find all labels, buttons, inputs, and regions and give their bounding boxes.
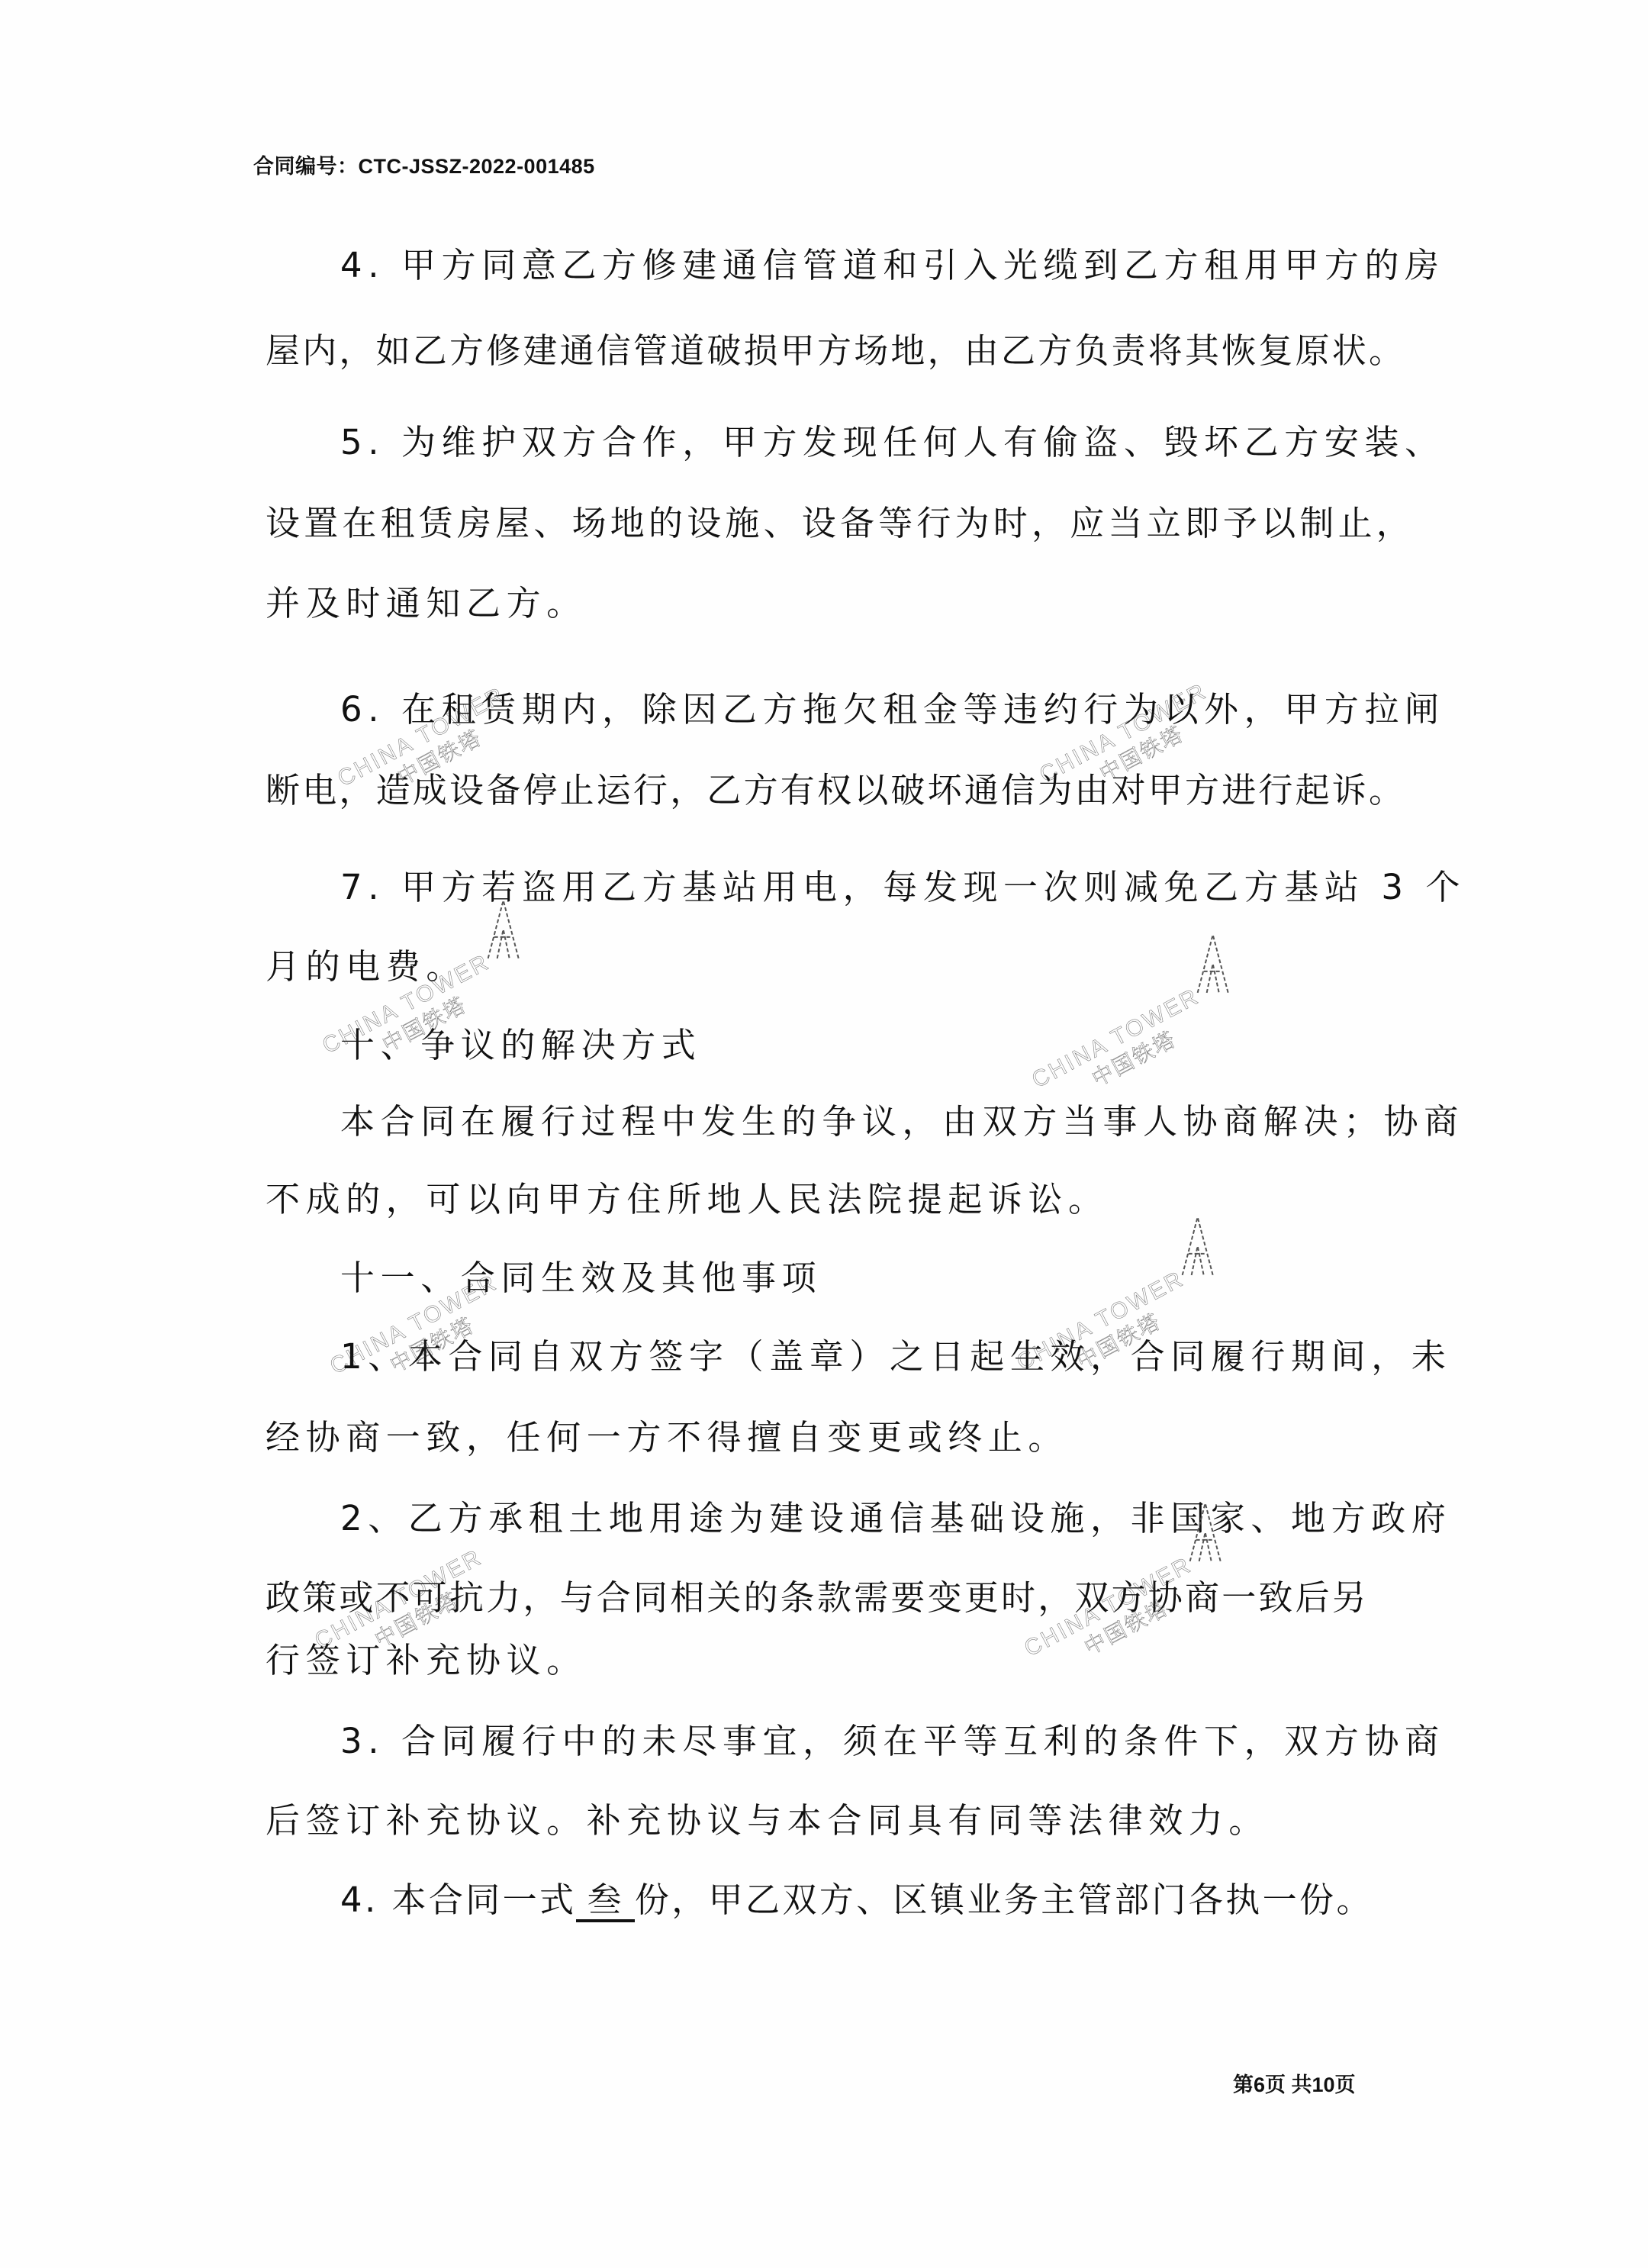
china-tower-logo-icon — [1190, 933, 1236, 994]
clause-4-line-2: 屋内，如乙方修建通信管道破损甲方场地，由乙方负责将其恢复原状。 — [266, 328, 1405, 374]
china-tower-logo-icon — [1175, 1216, 1221, 1277]
section-11-item-3-line-1: 3. 合同履行中的未尽事宜，须在平等互利的条件下，双方协商 — [340, 1719, 1445, 1764]
clause-4-line-1: 4. 甲方同意乙方修建通信管道和引入光缆到乙方租用甲方的房 — [340, 243, 1445, 288]
document-page: 合同编号：CTC-JSSZ-2022-001485 4. 甲方同意乙方修建通信管… — [0, 0, 1648, 2268]
section-10-line-2: 不成的，可以向甲方住所地人民法院提起诉讼。 — [266, 1177, 1109, 1223]
copies-prefix: 4. 本合同一式 — [340, 1880, 576, 1920]
clause-7-line-1: 7. 甲方若盗用乙方基站用电，每发现一次则减免乙方基站 3 个 — [340, 865, 1466, 910]
section-11-item-1-line-1: 1、本合同自双方签字（盖章）之日起生效，合同履行期间，未 — [340, 1334, 1451, 1380]
contract-number-value: CTC-JSSZ-2022-001485 — [359, 155, 595, 178]
section-11-heading: 十一、合同生效及其他事项 — [340, 1255, 822, 1301]
china-tower-stamp: CHINA TOWER 中国铁塔 — [1028, 984, 1217, 1118]
section-11-item-1-line-2: 经协商一致，任何一方不得擅自变更或终止。 — [266, 1415, 1068, 1461]
page-number-footer: 第6页 共10页 — [1233, 2068, 1356, 2098]
clause-7-line-2: 月的电费。 — [266, 944, 466, 990]
section-11-item-3-line-2: 后签订补充协议。补充协议与本合同具有同等法律效力。 — [266, 1798, 1269, 1844]
section-11-item-2-line-3: 行签订补充协议。 — [266, 1638, 587, 1683]
clause-5-line-1: 5. 为维护双方合作，甲方发现任何人有偷盗、毁坏乙方安装、 — [340, 420, 1445, 466]
contract-number-header: 合同编号：CTC-JSSZ-2022-001485 — [253, 150, 595, 179]
section-11-item-2-line-1: 2、乙方承租土地用途为建设通信基础设施，非国家、地方政府 — [340, 1496, 1451, 1542]
section-11-item-2-line-2: 政策或不可抗力，与合同相关的条款需要变更时，双方协商一致后另 — [266, 1575, 1369, 1621]
clause-5-line-3: 并及时通知乙方。 — [266, 581, 587, 627]
clause-6-line-2: 断电，造成设备停止运行，乙方有权以破坏通信为由对甲方进行起诉。 — [266, 768, 1405, 813]
section-10-line-1: 本合同在履行过程中发生的争议，由双方当事人协商解决；协商 — [340, 1099, 1464, 1145]
copies-count-blank: 叁 — [576, 1881, 634, 1922]
section-10-heading: 十、争议的解决方式 — [340, 1023, 701, 1068]
clause-5-line-2: 设置在租赁房屋、场地的设施、设备等行为时，应当立即予以制止， — [266, 501, 1415, 546]
china-tower-stamp: CHINA TOWER 中国铁塔 — [1012, 1266, 1202, 1400]
contract-number-label: 合同编号： — [253, 155, 359, 178]
clause-6-line-1: 6. 在租赁期内，除因乙方拖欠租金等违约行为以外，甲方拉闸 — [340, 687, 1445, 733]
copies-suffix: 份，甲乙双方、区镇业务主管部门各执一份。 — [635, 1880, 1373, 1920]
stamp-text-zh: 中国铁塔 — [1086, 1004, 1217, 1093]
stamp-text-en: CHINA TOWER — [1028, 984, 1204, 1094]
section-11-item-4: 4. 本合同一式叁份，甲乙双方、区镇业务主管部门各执一份。 — [340, 1877, 1373, 1923]
